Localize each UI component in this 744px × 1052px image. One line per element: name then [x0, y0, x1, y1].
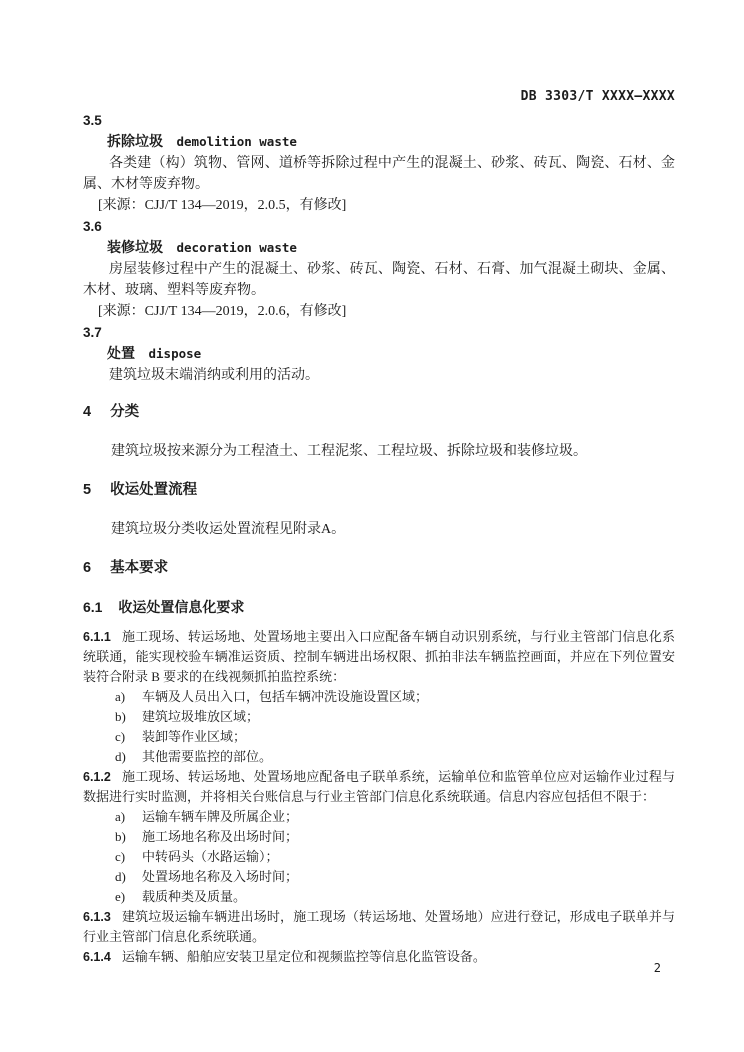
clause-6-1-3: 6.1.3建筑垃圾运输车辆进出场时，施工现场（转运场地、处置场地）应进行登记，形…	[83, 907, 675, 947]
document-page: DB 3303/T XXXX—XXXX 3.5 拆除垃圾 demolition …	[0, 0, 744, 1052]
section-6-1-heading: 6.1 收运处置信息化要求	[83, 597, 675, 618]
chapter-number: 5	[83, 482, 91, 498]
term-title: 拆除垃圾 demolition waste	[83, 131, 675, 153]
list-item: c) 中转码头（水路运输）；	[83, 847, 675, 867]
clause-paragraph: 6.1.1施工现场、转运场地、处置场地主要出入口应配备车辆自动识别系统，与行业主…	[83, 627, 675, 687]
term-section-3-5: 3.5 拆除垃圾 demolition waste 各类建（构）筑物、管网、道桥…	[83, 110, 675, 216]
clause-paragraph: 6.1.3建筑垃圾运输车辆进出场时，施工现场（转运场地、处置场地）应进行登记，形…	[83, 907, 675, 947]
clause-body: 施工现场、转运场地、处置场地主要出入口应配备车辆自动识别系统，与行业主管部门信息…	[83, 629, 675, 684]
term-title-en: dispose	[149, 346, 202, 361]
clause-number: 6.1.2	[83, 770, 111, 784]
list-item-text: 处置场地名称及入场时间；	[142, 867, 675, 887]
term-source: [来源：CJJ/T 134—2019，2.0.6，有修改]	[83, 301, 675, 322]
term-number: 3.5	[83, 110, 675, 131]
clause-number: 6.1.1	[83, 630, 111, 644]
list-item-text: 其他需要监控的部位。	[142, 747, 675, 767]
chapter-title: 收运处置流程	[110, 482, 197, 498]
term-title-zh: 拆除垃圾	[107, 133, 163, 149]
list-item-text: 中转码头（水路运输）；	[142, 847, 675, 867]
term-definition: 房屋装修过程中产生的混凝土、砂浆、砖瓦、陶瓷、石材、石膏、加气混凝土砌块、金属、…	[83, 259, 675, 301]
list-item-text: 运输车辆车牌及所属企业；	[142, 807, 675, 827]
list-item: c) 装卸等作业区域；	[83, 727, 675, 747]
chapter-4-heading: 4 分类	[83, 402, 675, 423]
term-section-3-6: 3.6 装修垃圾 decoration waste 房屋装修过程中产生的混凝土、…	[83, 216, 675, 322]
clause-6-1-1: 6.1.1施工现场、转运场地、处置场地主要出入口应配备车辆自动识别系统，与行业主…	[83, 627, 675, 767]
clause-6-1-2: 6.1.2施工现场、转运场地、处置场地应配备电子联单系统，运输单位和监管单位应对…	[83, 767, 675, 907]
section-title: 收运处置信息化要求	[118, 599, 244, 615]
term-source: [来源：CJJ/T 134—2019，2.0.5，有修改]	[83, 195, 675, 216]
list-item-label: b)	[115, 827, 142, 847]
chapter-title: 分类	[110, 404, 139, 420]
term-title-en: demolition waste	[177, 134, 297, 149]
list-item-label: b)	[115, 707, 142, 727]
list-item: b) 施工场地名称及出场时间；	[83, 827, 675, 847]
list-item-label: d)	[115, 747, 142, 767]
chapter-5-paragraph: 建筑垃圾分类收运处置流程见附录A。	[83, 519, 675, 540]
chapter-4-paragraph: 建筑垃圾按来源分为工程渣土、工程泥浆、工程垃圾、拆除垃圾和装修垃圾。	[83, 441, 675, 462]
chapter-number: 6	[83, 560, 91, 576]
doc-number: DB 3303/T XXXX—XXXX	[83, 89, 675, 104]
term-definition: 各类建（构）筑物、管网、道桥等拆除过程中产生的混凝土、砂浆、砖瓦、陶瓷、石材、金…	[83, 153, 675, 195]
list-item: e) 载质种类及质量。	[83, 887, 675, 907]
clause-paragraph: 6.1.2施工现场、转运场地、处置场地应配备电子联单系统，运输单位和监管单位应对…	[83, 767, 675, 807]
term-section-3-7: 3.7 处置 dispose 建筑垃圾末端消纳或利用的活动。	[83, 322, 675, 386]
clause-number: 6.1.3	[83, 910, 111, 924]
clause-body: 施工现场、转运场地、处置场地应配备电子联单系统，运输单位和监管单位应对运输作业过…	[83, 769, 675, 804]
list-item-text: 车辆及人员出入口，包括车辆冲洗设施设置区域；	[142, 687, 675, 707]
list-item-text: 施工场地名称及出场时间；	[142, 827, 675, 847]
chapter-6-heading: 6 基本要求	[83, 558, 675, 579]
list-item-label: d)	[115, 867, 142, 887]
clause-list: a) 车辆及人员出入口，包括车辆冲洗设施设置区域； b) 建筑垃圾堆放区域； c…	[83, 687, 675, 767]
term-title-zh: 装修垃圾	[107, 239, 163, 255]
page-number: 2	[83, 961, 675, 975]
list-item-label: c)	[115, 727, 142, 747]
list-item-label: a)	[115, 807, 142, 827]
term-number: 3.7	[83, 322, 675, 343]
section-number: 6.1	[83, 599, 102, 615]
list-item-text: 装卸等作业区域；	[142, 727, 675, 747]
list-item: a) 运输车辆车牌及所属企业；	[83, 807, 675, 827]
list-item-text: 载质种类及质量。	[142, 887, 675, 907]
chapter-title: 基本要求	[110, 560, 168, 576]
chapter-5-heading: 5 收运处置流程	[83, 480, 675, 501]
term-title-zh: 处置	[107, 345, 135, 361]
list-item: a) 车辆及人员出入口，包括车辆冲洗设施设置区域；	[83, 687, 675, 707]
chapter-number: 4	[83, 404, 91, 420]
list-item-text: 建筑垃圾堆放区域；	[142, 707, 675, 727]
term-title-en: decoration waste	[177, 240, 297, 255]
list-item: d) 其他需要监控的部位。	[83, 747, 675, 767]
list-item-label: e)	[115, 887, 142, 907]
list-item-label: a)	[115, 687, 142, 707]
list-item: b) 建筑垃圾堆放区域；	[83, 707, 675, 727]
clause-list: a) 运输车辆车牌及所属企业； b) 施工场地名称及出场时间； c) 中转码头（…	[83, 807, 675, 907]
list-item-label: c)	[115, 847, 142, 867]
document-content: 3.5 拆除垃圾 demolition waste 各类建（构）筑物、管网、道桥…	[83, 110, 675, 967]
term-title: 装修垃圾 decoration waste	[83, 237, 675, 259]
term-definition: 建筑垃圾末端消纳或利用的活动。	[83, 365, 675, 386]
clause-body: 建筑垃圾运输车辆进出场时，施工现场（转运场地、处置场地）应进行登记，形成电子联单…	[83, 909, 675, 944]
term-title: 处置 dispose	[83, 343, 675, 365]
term-number: 3.6	[83, 216, 675, 237]
list-item: d) 处置场地名称及入场时间；	[83, 867, 675, 887]
